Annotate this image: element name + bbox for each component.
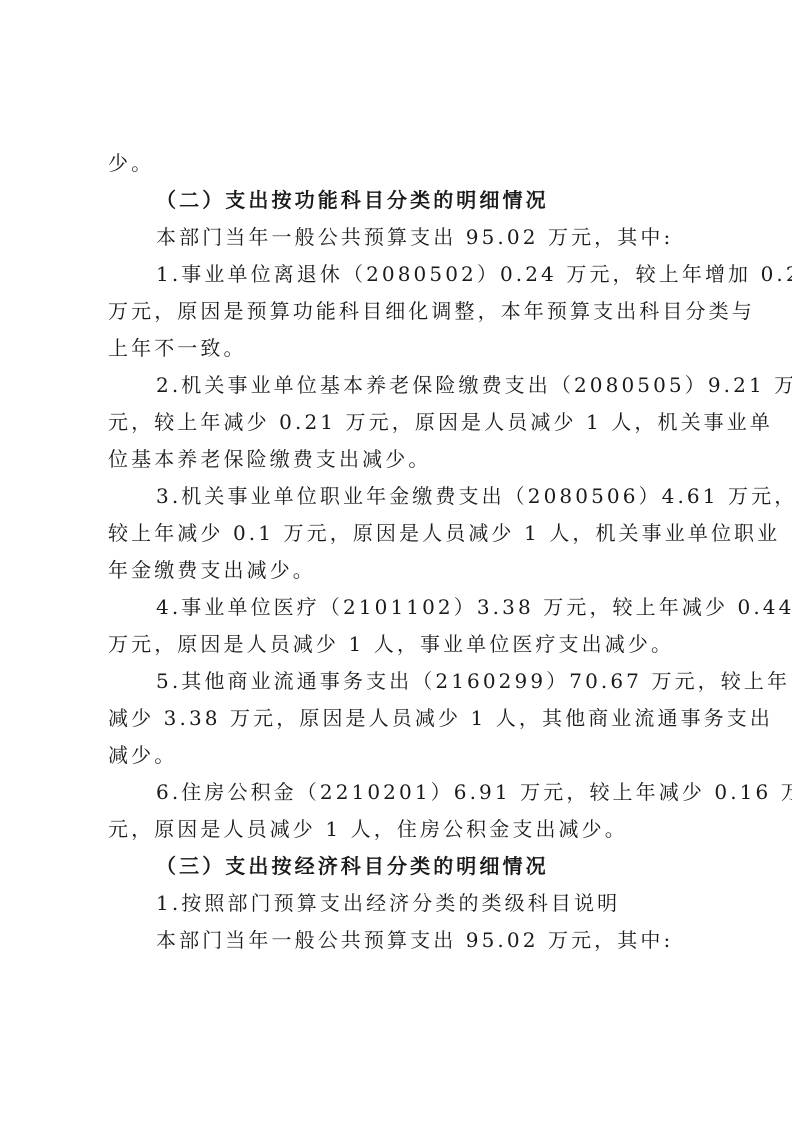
list-item-3: 3.机关事业单位职业年金缴费支出（2080506）4.61 万元， bbox=[108, 478, 692, 515]
list-item-4: 4.事业单位医疗（2101102）3.38 万元，较上年减少 0.44 bbox=[108, 589, 692, 626]
list-item-2: 2.机关事业单位基本养老保险缴费支出（2080505）9.21 万 bbox=[108, 367, 692, 404]
text-line: 较上年减少 0.1 万元，原因是人员减少 1 人，机关事业单位职业 bbox=[108, 515, 692, 552]
text-line: 年金缴费支出减少。 bbox=[108, 552, 692, 589]
document-page: 少。 （二）支出按功能科目分类的明细情况 本部门当年一般公共预算支出 95.02… bbox=[108, 145, 692, 959]
text-line: 本部门当年一般公共预算支出 95.02 万元，其中: bbox=[108, 219, 692, 256]
text-line: 万元，原因是人员减少 1 人，事业单位医疗支出减少。 bbox=[108, 626, 692, 663]
text-line: 位基本养老保险缴费支出减少。 bbox=[108, 441, 692, 478]
section-heading-economic-classification: （三）支出按经济科目分类的明细情况 bbox=[108, 848, 692, 885]
list-item-6: 6.住房公积金（2210201）6.91 万元，较上年减少 0.16 万 bbox=[108, 774, 692, 811]
text-line: 元，原因是人员减少 1 人，住房公积金支出减少。 bbox=[108, 811, 692, 848]
text-line: 本部门当年一般公共预算支出 95.02 万元，其中: bbox=[108, 922, 692, 959]
section-heading-functional-classification: （二）支出按功能科目分类的明细情况 bbox=[108, 182, 692, 219]
text-line: 万元，原因是预算功能科目细化调整，本年预算支出科目分类与 bbox=[108, 293, 692, 330]
text-line: 上年不一致。 bbox=[108, 330, 692, 367]
text-line: 少。 bbox=[108, 145, 692, 182]
list-item-5: 5.其他商业流通事务支出（2160299）70.67 万元，较上年 bbox=[108, 663, 692, 700]
text-line: 减少 3.38 万元，原因是人员减少 1 人，其他商业流通事务支出 bbox=[108, 700, 692, 737]
text-line: 减少。 bbox=[108, 737, 692, 774]
subsection-title: 1.按照部门预算支出经济分类的类级科目说明 bbox=[108, 885, 692, 922]
list-item-1: 1.事业单位离退休（2080502）0.24 万元，较上年增加 0.24 bbox=[108, 256, 692, 293]
text-line: 元，较上年减少 0.21 万元，原因是人员减少 1 人，机关事业单 bbox=[108, 404, 692, 441]
